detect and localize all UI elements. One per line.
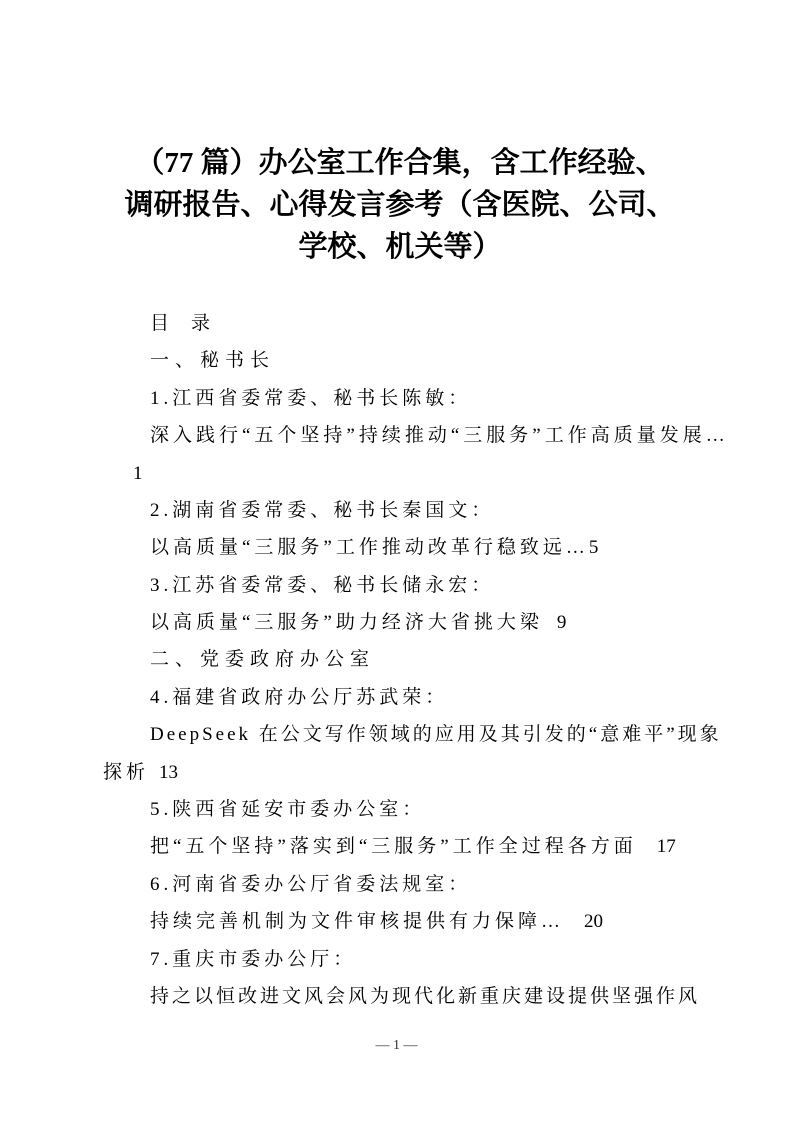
toc-entry-title[interactable]: DeepSeek 在公文写作领域的应用及其引发的“意难平”现象 bbox=[0, 716, 793, 753]
toc-header-right: 录 bbox=[191, 313, 210, 334]
toc-entry-author[interactable]: 3.江苏省委常委、秘书长储永宏： bbox=[0, 567, 793, 604]
toc-entry-page: 5 bbox=[589, 537, 599, 558]
toc-entry-title[interactable]: 持之以恒改进文风会风为现代化新重庆建设提供坚强作风 bbox=[0, 978, 793, 1015]
page-number-footer: — 1 — bbox=[0, 1036, 793, 1056]
toc-entry-author[interactable]: 5.陕西省延安市委办公室： bbox=[0, 791, 793, 828]
toc-entry-author[interactable]: 4.福建省政府办公厅苏武荣： bbox=[0, 679, 793, 716]
toc-entry-author[interactable]: 7.重庆市委办公厅： bbox=[0, 941, 793, 978]
toc-entry-page: 9 bbox=[543, 612, 567, 633]
toc-header-left: 目 bbox=[150, 313, 169, 334]
toc-entry-author[interactable]: 6.河南省委办公厅省委法规室： bbox=[0, 866, 793, 903]
title-line-1: （77 篇）办公室工作合集，含工作经验、 bbox=[100, 142, 700, 184]
toc-section-heading: 二、党委政府办公室 bbox=[0, 641, 793, 678]
toc-entry-page: 20 bbox=[564, 911, 603, 932]
toc-section-heading: 一、秘书长 bbox=[0, 342, 793, 379]
title-line-3: 学校、机关等） bbox=[100, 226, 700, 268]
toc-entry-page: 1 bbox=[0, 455, 793, 492]
toc-entry-title-cont[interactable]: 探析13 bbox=[0, 754, 793, 791]
document-page: （77 篇）办公室工作合集，含工作经验、 调研报告、心得发言参考（含医院、公司、… bbox=[0, 0, 793, 1122]
toc-entry-title[interactable]: 以高质量“三服务”助力经济大省挑大梁9 bbox=[0, 604, 793, 641]
toc-entry-page: 13 bbox=[149, 762, 178, 783]
toc-entry-page: 17 bbox=[637, 836, 676, 857]
document-title: （77 篇）办公室工作合集，含工作经验、 调研报告、心得发言参考（含医院、公司、… bbox=[100, 142, 700, 268]
toc-header: 目录 bbox=[0, 305, 793, 342]
toc-entry-title[interactable]: 把“五个坚持”落实到“三服务”工作全过程各方面17 bbox=[0, 828, 793, 865]
title-line-2: 调研报告、心得发言参考（含医院、公司、 bbox=[100, 184, 700, 226]
toc-entry-title[interactable]: 持续完善机制为文件审核提供有力保障…20 bbox=[0, 903, 793, 940]
toc-entry-title[interactable]: 以高质量“三服务”工作推动改革行稳致远…5 bbox=[0, 529, 793, 566]
toc-entry-author[interactable]: 2.湖南省委常委、秘书长秦国文： bbox=[0, 492, 793, 529]
toc-entry-title[interactable]: 深入践行“五个坚持”持续推动“三服务”工作高质量发展… bbox=[0, 417, 793, 454]
toc-entry-author[interactable]: 1.江西省委常委、秘书长陈敏： bbox=[0, 380, 793, 417]
